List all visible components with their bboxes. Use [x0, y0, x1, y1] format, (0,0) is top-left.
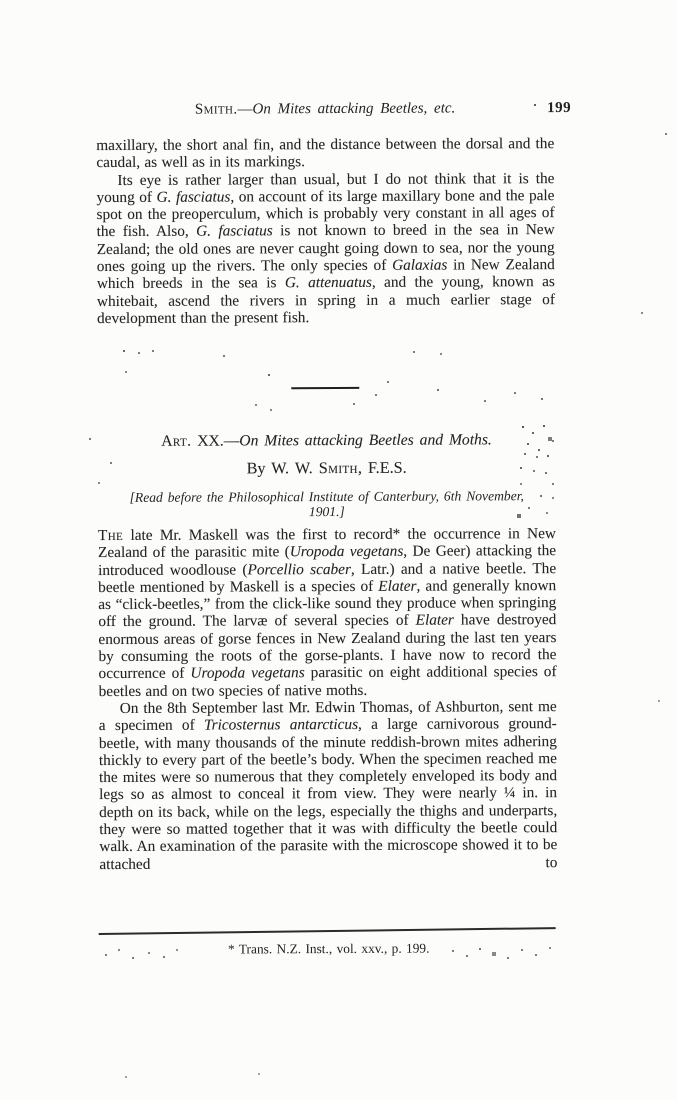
previous-article-continuation: maxillary, the short anal fin, and the d… [96, 135, 555, 327]
article-heading: Art. XX.—On Mites attacking Beetles and … [97, 431, 555, 451]
read-before-line-1: [Read before the Philosophical Institute… [88, 488, 566, 505]
read-before-note: [Read before the Philosophical Institute… [88, 488, 566, 520]
read-before-line-2: 1901.] [88, 503, 566, 520]
journal-page: Smith.—On Mites attacking Beetles, etc. … [0, 0, 678, 1100]
section-divider-rule [291, 387, 359, 389]
continuation-paragraph-2: Its eye is rather larger than usual, but… [96, 170, 555, 328]
article-paragraph-1: The late Mr. Maskell was the first to re… [98, 525, 557, 700]
page-number: 199 [547, 99, 571, 117]
continuation-paragraph-1: maxillary, the short anal fin, and the d… [96, 135, 554, 172]
running-header: Smith.—On Mites attacking Beetles, etc. … [96, 99, 554, 119]
article-body: The late Mr. Maskell was the first to re… [98, 525, 558, 873]
footnote-rule [99, 927, 556, 934]
footnote-citation: * Trans. N.Z. Inst., vol. xxv., p. 199. [100, 940, 558, 958]
running-header-title: Smith.—On Mites attacking Beetles, etc. [96, 99, 554, 119]
article-byline: By W. W. Smith, F.E.S. [98, 458, 556, 479]
article-paragraph-2: On the 8th September last Mr. Edwin Thom… [99, 698, 558, 873]
